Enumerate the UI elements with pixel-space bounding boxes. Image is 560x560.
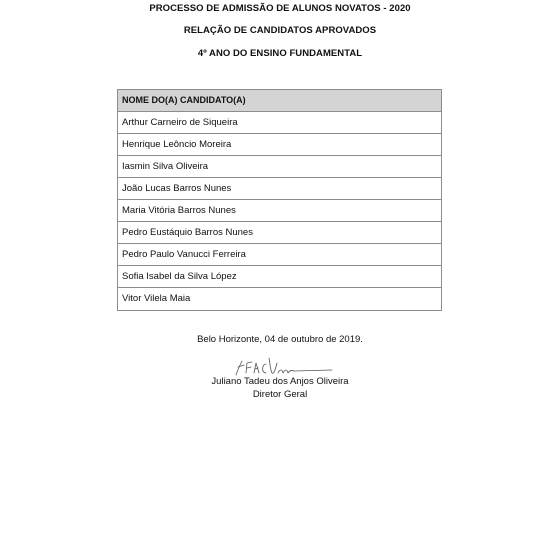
table-row: Henrique Leôncio Moreira: [118, 134, 441, 156]
approved-candidates-table: NOME DO(A) CANDIDATO(A) Arthur Carneiro …: [117, 89, 442, 311]
table-row: Pedro Eustáquio Barros Nunes: [118, 222, 441, 244]
document-title: PROCESSO DE ADMISSÃO DE ALUNOS NOVATOS -…: [0, 3, 560, 14]
place-and-date: Belo Horizonte, 04 de outubro de 2019.: [0, 334, 560, 345]
table-row: Iasmin Silva Oliveira: [118, 156, 441, 178]
signer-name: Juliano Tadeu dos Anjos Oliveira: [0, 376, 560, 387]
table-header: NOME DO(A) CANDIDATO(A): [118, 90, 441, 112]
table-row: Maria Vitória Barros Nunes: [118, 200, 441, 222]
table-row: João Lucas Barros Nunes: [118, 178, 441, 200]
table-row: Pedro Paulo Vanucci Ferreira: [118, 244, 441, 266]
table-row: Sofia Isabel da Silva López: [118, 266, 441, 288]
document-subtitle: RELAÇÃO DE CANDIDATOS APROVADOS: [0, 25, 560, 36]
table-row: Arthur Carneiro de Siqueira: [118, 112, 441, 134]
signer-title: Diretor Geral: [0, 389, 560, 400]
document-grade-level: 4º ANO DO ENSINO FUNDAMENTAL: [0, 48, 560, 59]
table-row: Vitor Vilela Maia: [118, 288, 441, 310]
